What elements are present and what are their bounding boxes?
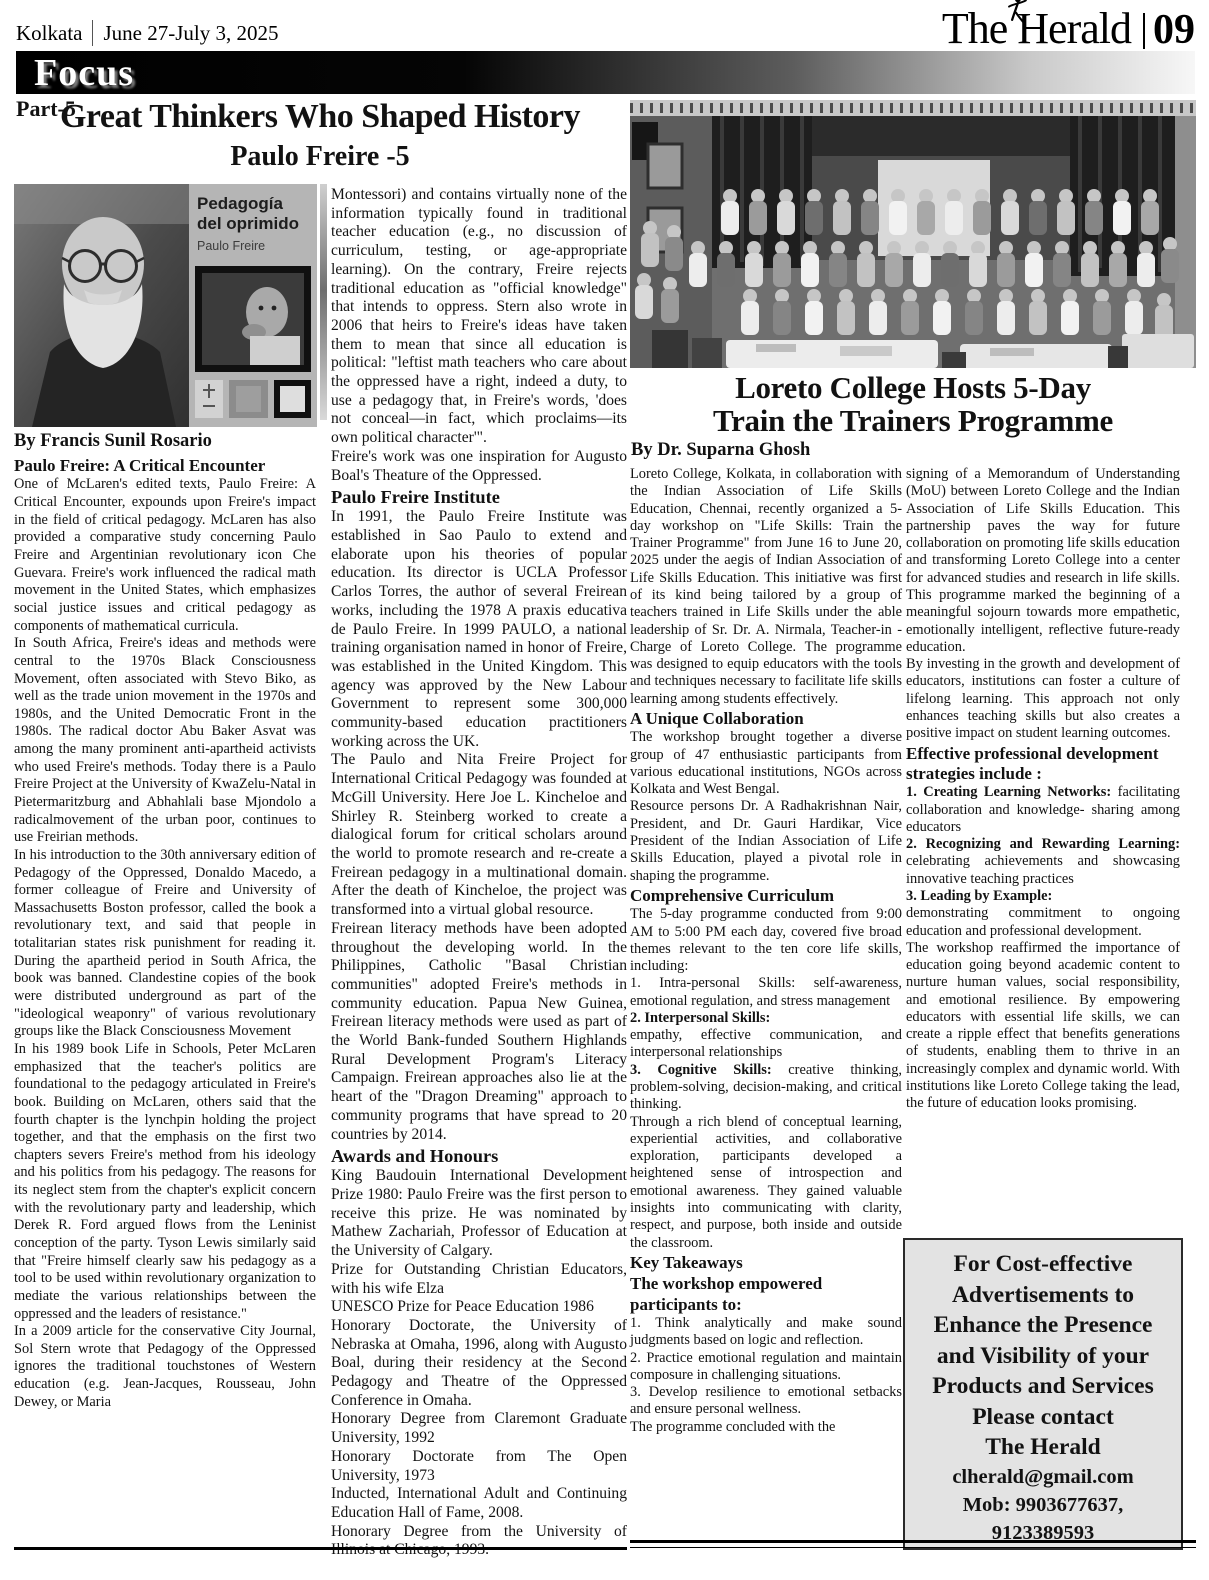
list-item-lead: 2. Recognizing and Rewarding Learning: [906,836,1180,852]
masthead-divider [1143,13,1145,49]
news-headline: Loreto College Hosts 5-Day Train the Tra… [628,371,1198,437]
section-heading: The workshop empowered participants to: [630,1274,902,1315]
feature-headline-block: Great Thinkers Who Shaped History Paulo … [30,99,610,173]
ad-email: clherald@gmail.com [909,1463,1177,1491]
paragraph: By investing in the growth and developme… [906,656,1180,742]
paragraph: UNESCO Prize for Peace Education 1986 [331,1298,627,1317]
section-title: Focus [16,51,134,95]
bottom-rule-left [14,1547,627,1550]
paragraph: Montessori) and contains virtually none … [331,186,627,448]
paragraph: In South Africa, Freire's ideas and meth… [14,635,316,847]
ad-publisher: The Herald [909,1432,1177,1463]
column-divider-strip [320,184,327,420]
news-column-1: Loreto College, Kolkata, in collaboratio… [630,466,902,1436]
list-item: demonstrating commitment to ongoing educ… [906,905,1180,940]
feature-byline: By Francis Sunil Rosario [14,430,316,453]
newspaper-page: Kolkata June 27-July 3, 2025 The Herald … [0,0,1209,1580]
paragraph: One of McLaren's edited texts, Paulo Fre… [14,476,316,635]
feature-column-1: By Francis Sunil Rosario Paulo Freire: A… [14,430,316,1411]
ad-phone: Mob: 9903677637, [909,1491,1177,1519]
list-item: 3. Develop resilience to emotional setba… [630,1384,902,1419]
ad-line: For Cost-effective [909,1249,1177,1280]
section-heading: Comprehensive Curriculum [630,886,902,906]
bottom-rule-right-thick [630,1540,1196,1543]
list-item-text: celebrating achievements and showcasing … [906,853,1180,886]
paragraph: Inducted, International Adult and Contin… [331,1485,627,1522]
svg-text:Paulo Freire: Paulo Freire [197,239,265,253]
masthead-brand-block: The Herald 09 [942,2,1195,54]
list-item: 1. Creating Learning Networks: facilitat… [906,784,1180,836]
paragraph: The workshop brought together a diverse … [630,729,902,798]
paragraph: Honorary Degree from Claremont Graduate … [331,1410,627,1447]
page-number: 09 [1153,6,1195,54]
list-item-lead: 3. Cognitive Skills: [630,1062,772,1078]
ad-line: and Visibility of your [909,1341,1177,1372]
bottom-rule-right-thin [630,1547,1196,1548]
paragraph: signing of a Memorandum of Understanding… [906,466,1180,656]
list-item-heading: 3. Leading by Example: [906,888,1180,905]
paragraph: Honorary Doctorate, the University of Ne… [331,1317,627,1411]
ad-phone-2: 9123389593 [909,1519,1177,1547]
newspaper-title: The Herald [942,3,1137,54]
feature-column-2: Montessori) and contains virtually none … [331,186,627,1560]
list-item: 2. Practice emotional regulation and mai… [630,1350,902,1385]
masthead-dateline: Kolkata June 27-July 3, 2025 [16,20,278,46]
list-item: 1. Think analytically and make sound jud… [630,1315,902,1350]
freire-portrait-photo: Pedagogía del oprimido Paulo Freire [14,184,317,427]
svg-text:del oprimido: del oprimido [197,214,299,233]
list-item: 3. Cognitive Skills: creative thinking, … [630,1062,902,1114]
paragraph: Freire's work was one inspiration for Au… [331,448,627,485]
feature-subtitle: Paulo Freire -5 [30,141,610,173]
ad-line: Please contact [909,1402,1177,1433]
svg-text:Pedagogía: Pedagogía [197,194,284,213]
dancer-icon [1006,0,1028,26]
section-heading: Paulo Freire: A Critical Encounter [14,456,316,477]
masthead-separator [92,20,93,46]
news-byline: By Dr. Suparna Ghosh [631,440,810,461]
paragraph: The programme concluded with the [630,1419,902,1436]
section-heading: Awards and Honours [331,1145,627,1167]
section-heading: Paulo Freire Institute [331,486,627,508]
paragraph: Through a rich blend of conceptual learn… [630,1114,902,1252]
masthead-city: Kolkata [16,21,82,46]
news-headline-line1: Loreto College Hosts 5-Day [628,371,1198,404]
paragraph: Freirean literacy methods have been adop… [331,920,627,1144]
list-item-heading: 2. Interpersonal Skills: [630,1010,902,1027]
paragraph: Honorary Degree from the University of I… [331,1523,627,1560]
paragraph: King Baudouin International Development … [331,1167,627,1261]
list-item: 1. Intra-personal Skills: self-awareness… [630,975,902,1010]
ad-line: Products and Services [909,1371,1177,1402]
section-heading: Key Takeaways [630,1253,902,1273]
list-item: empathy, effective communication, and in… [630,1027,902,1062]
section-heading: A Unique Collaboration [630,709,902,729]
paragraph: Prize for Outstanding Christian Educator… [331,1261,627,1298]
list-item: 2. Recognizing and Rewarding Learning: c… [906,836,1180,888]
news-headline-line2: Train the Trainers Programme [628,404,1198,437]
section-bar: Focus [16,51,1195,94]
paragraph: Loreto College, Kolkata, in collaboratio… [630,466,902,708]
feature-title: Great Thinkers Who Shaped History [30,99,610,135]
news-column-2: signing of a Memorandum of Understanding… [906,466,1180,1113]
paragraph: In a 2009 article for the conservative C… [14,1323,316,1411]
advertisement-box: For Cost-effective Advertisements to Enh… [903,1238,1183,1550]
list-item-lead: 1. Creating Learning Networks: [906,784,1111,800]
paragraph: Resource persons Dr. A Radhakrishnan Nai… [630,798,902,884]
ad-line: Enhance the Presence [909,1310,1177,1341]
paragraph: The 5-day programme conducted from 9:00 … [630,906,902,975]
ad-line: Advertisements to [909,1280,1177,1311]
paragraph: In his 1989 book Life in Schools, Peter … [14,1041,316,1323]
paragraph: The Paulo and Nita Freire Project for In… [331,751,627,919]
masthead-date: June 27-July 3, 2025 [103,21,278,46]
paragraph: The workshop reaffirmed the importance o… [906,940,1180,1113]
section-heading: Effective professional development strat… [906,744,1180,785]
paragraph: Honorary Doctorate from The Open Univers… [331,1448,627,1485]
paragraph: In 1991, the Paulo Freire Institute was … [331,508,627,751]
paragraph: In his introduction to the 30th annivers… [14,847,316,1041]
workshop-group-photo [630,100,1196,368]
